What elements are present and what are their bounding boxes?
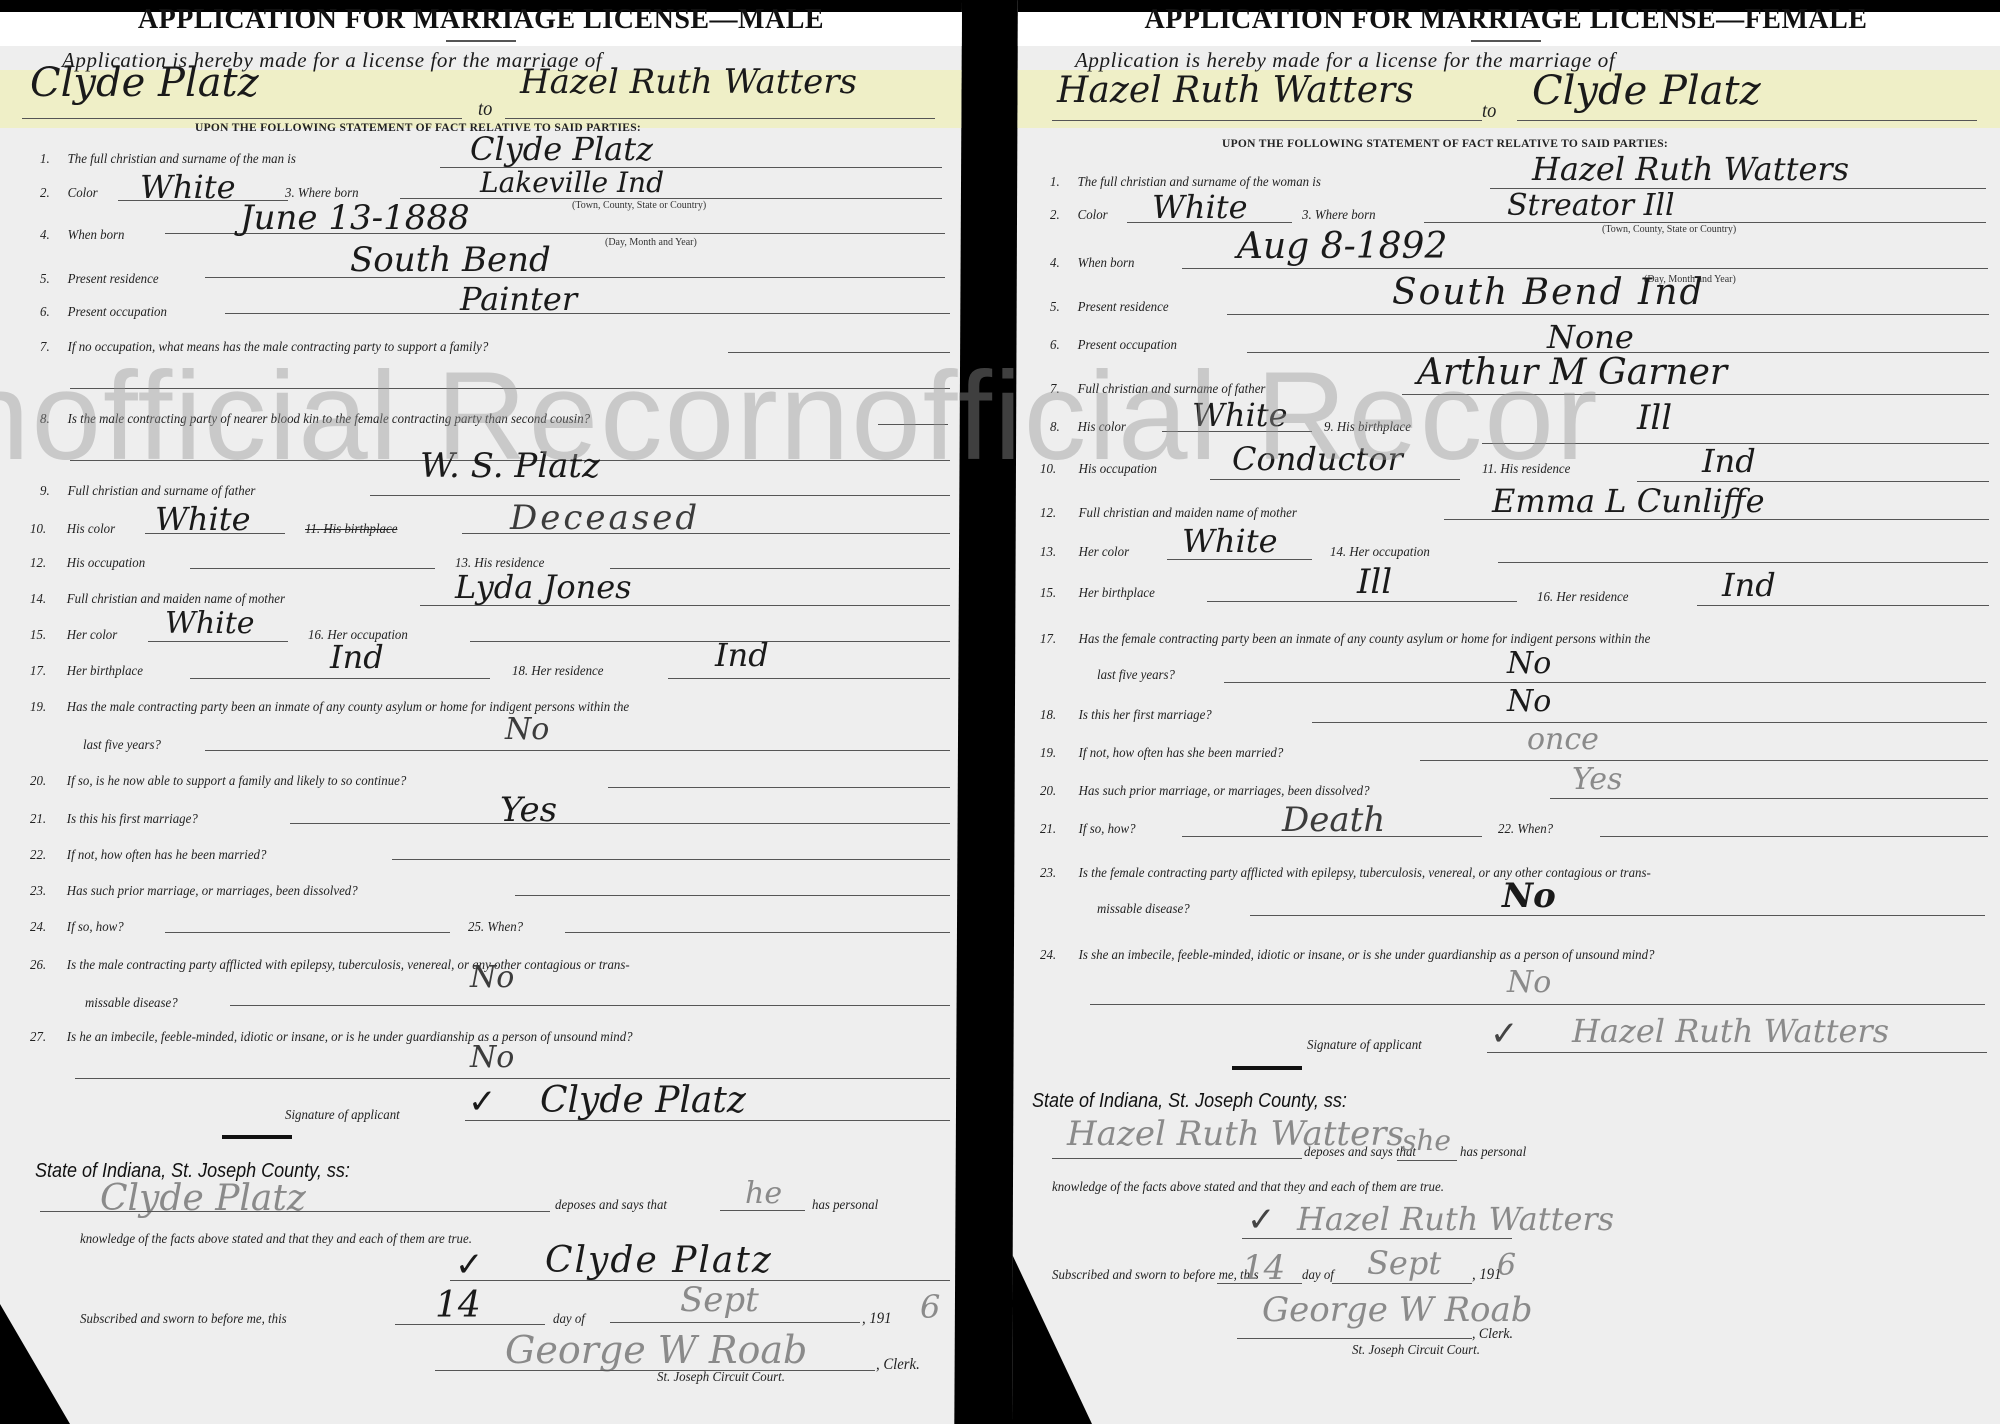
field-15-label: 15.Her color — [30, 628, 117, 644]
field-11-label: 11. His birthplace — [305, 522, 397, 538]
field-26-value: No — [470, 960, 514, 995]
title-divider — [446, 40, 516, 42]
field-1-value: Hazel Ruth Watters — [1532, 150, 1849, 188]
state-county-line: State of Indiana, St. Joseph County, ss: — [1032, 1090, 1347, 1113]
field-23-label: 23.Has such prior marriage, or marriages… — [30, 884, 358, 900]
scan-edge — [0, 1304, 70, 1424]
field-6-value: Painter — [460, 280, 577, 318]
field-4-label: 4.When born — [1050, 256, 1134, 272]
field-19-label: 19.If not, how often has she been marrie… — [1040, 746, 1283, 762]
field-19-value: No — [505, 712, 549, 747]
field-17-label-cont: last five years? — [1097, 668, 1175, 684]
header-bar: APPLICATION FOR MARRIAGE LICENSE—FEMALE — [1012, 0, 2000, 46]
field-25-label: 25. When? — [468, 920, 523, 936]
field-24-label: 24.If so, how? — [30, 920, 124, 936]
field-2-value: White — [1152, 188, 1248, 226]
header-bar: APPLICATION FOR MARRIAGE LICENSE—MALE — [0, 0, 962, 46]
deposes-text: deposes and says that — [555, 1198, 667, 1214]
field-18-label: 18. Her residence — [512, 664, 603, 680]
subscribed-text: Subscribed and sworn to before me, this — [80, 1312, 287, 1328]
field-27-label: 27.Is he an imbecile, feeble-minded, idi… — [30, 1030, 633, 1046]
field-26-label-cont: missable disease? — [85, 996, 178, 1012]
field-17-value: No — [1507, 646, 1551, 681]
form-title: APPLICATION FOR MARRIAGE LICENSE—MALE — [0, 4, 962, 36]
field-18-value: Ind — [715, 636, 769, 674]
field-22-label: 22.If not, how often has he been married… — [30, 848, 266, 864]
field-9-label: 9. His birthplace — [1324, 420, 1411, 436]
field-5-label: 5.Present residence — [1050, 300, 1169, 316]
court-name: St. Joseph Circuit Court. — [657, 1370, 785, 1386]
has-personal-text: has personal — [812, 1198, 878, 1214]
deposes-text: deposes and says that — [1304, 1145, 1416, 1161]
field-4-label: 4.When born — [40, 228, 124, 244]
field-14-value: Lyda Jones — [455, 568, 632, 606]
field-6-label: 6.Present occupation — [40, 305, 167, 321]
field-14-label: 14. Her occupation — [1330, 545, 1430, 561]
field-20-label: 20.If so, is he now able to support a fa… — [30, 774, 406, 790]
checkmark-icon: ✓ — [1490, 1014, 1519, 1054]
field-4-value: Aug 8-1892 — [1237, 226, 1447, 267]
clerk-label: , Clerk. — [876, 1356, 920, 1374]
knowledge-text: knowledge of the facts above stated and … — [1052, 1180, 1444, 1196]
field-6-label: 6.Present occupation — [1050, 338, 1177, 354]
field-10-value: Conductor — [1232, 440, 1403, 478]
to-word: to — [478, 98, 492, 121]
divider — [1232, 1066, 1302, 1070]
field-4-value: June 13-1888 — [240, 198, 470, 238]
field-8-value: White — [1192, 396, 1288, 434]
deponent-pronoun: she — [1402, 1124, 1451, 1157]
deponent-name: Clyde Platz — [100, 1178, 306, 1219]
field-8-label: 8.His color — [1050, 420, 1126, 436]
sworn-month: Sept — [1367, 1244, 1441, 1282]
female-application-page: APPLICATION FOR MARRIAGE LICENSE—FEMALE … — [1012, 0, 2000, 1424]
field-16-value: Ind — [1722, 566, 1776, 604]
field-5-value: South Bend — [350, 240, 551, 280]
applicant-name: Clyde Platz — [30, 60, 259, 106]
field-19-value: once — [1527, 722, 1599, 757]
field-13-label: 13.Her color — [1040, 545, 1129, 561]
field-10-label: 10.His occupation — [1040, 462, 1157, 478]
clerk-signature: George W Roab — [1262, 1290, 1533, 1330]
field-23-label-cont: missable disease? — [1097, 902, 1190, 918]
field-15-label: 15.Her birthplace — [1040, 586, 1155, 602]
field-7-label: 7.If no occupation, what means has the m… — [40, 340, 488, 356]
field-12-value: Emma L Cunliffe — [1492, 482, 1765, 520]
field-9-value: W. S. Platz — [420, 446, 600, 486]
field-17-value: Ind — [330, 638, 384, 676]
field-10-value: White — [155, 500, 251, 538]
applicant-name: Hazel Ruth Watters — [1057, 70, 1414, 111]
divider — [222, 1135, 292, 1139]
field-24-value: No — [1507, 965, 1551, 1000]
year-prefix: , 191 — [862, 1310, 891, 1328]
field-3-value: Streator Ill — [1507, 188, 1675, 223]
form-title: APPLICATION FOR MARRIAGE LICENSE—FEMALE — [1012, 4, 2000, 36]
field-3-value: Lakeville Ind — [480, 166, 664, 199]
date-hint: (Day, Month and Year) — [605, 237, 697, 248]
deponent-pronoun: he — [745, 1176, 782, 1211]
field-11-label: 11. His residence — [1482, 462, 1570, 478]
field-3-label: 3. Where born — [1302, 208, 1376, 224]
place-hint: (Town, County, State or Country) — [572, 200, 706, 211]
year-suffix: 6 — [1497, 1248, 1516, 1283]
field-9-value: Ill — [1637, 398, 1672, 438]
field-6-value: None — [1547, 318, 1634, 356]
sworn-signature: Hazel Ruth Watters — [1297, 1200, 1614, 1238]
to-word: to — [1482, 100, 1496, 123]
checkmark-icon: ✓ — [455, 1245, 484, 1285]
field-2-value: White — [140, 168, 236, 206]
field-11-value: Ind — [1702, 442, 1756, 480]
field-12-label: 12.Full christian and maiden name of mot… — [1040, 506, 1297, 522]
partner-name: Hazel Ruth Watters — [520, 62, 857, 102]
field-21-label: 21.If so, how? — [1040, 822, 1136, 838]
field-23-label: 23.Is the female contracting party affli… — [1040, 866, 1651, 882]
clerk-signature: George W Roab — [505, 1328, 807, 1372]
clerk-label: , Clerk. — [1472, 1326, 1513, 1343]
checkmark-icon: ✓ — [468, 1082, 497, 1122]
field-17-label: 17.Has the female contracting party been… — [1040, 632, 1650, 648]
field-21-value: Yes — [500, 790, 557, 830]
title-divider — [1471, 40, 1541, 42]
statement-header: UPON THE FOLLOWING STATEMENT OF FACT REL… — [1222, 138, 1668, 150]
field-27-value: No — [470, 1040, 514, 1075]
field-11-value: Deceased — [510, 498, 700, 538]
court-name: St. Joseph Circuit Court. — [1352, 1343, 1480, 1359]
has-personal-text: has personal — [1460, 1145, 1526, 1161]
day-of-text: day of — [1302, 1268, 1334, 1284]
sworn-signature: Clyde Platz — [545, 1240, 773, 1281]
field-5-label: 5.Present residence — [40, 272, 159, 288]
sworn-day: 14 — [1242, 1248, 1285, 1288]
field-1-value: Clyde Platz — [470, 130, 653, 168]
sworn-day: 14 — [435, 1285, 481, 1326]
partner-name: Clyde Platz — [1532, 68, 1761, 114]
field-8-label: 8.Is the male contracting party of neare… — [40, 412, 590, 428]
applicant-signature: Clyde Platz — [540, 1080, 746, 1121]
field-16-label: 16. Her residence — [1537, 590, 1628, 606]
field-22-label: 22. When? — [1498, 822, 1553, 838]
sworn-month: Sept — [680, 1280, 759, 1320]
place-hint: (Town, County, State or Country) — [1602, 224, 1736, 235]
field-20-label: 20.Has such prior marriage, or marriages… — [1040, 784, 1370, 800]
field-23-value: No — [1502, 876, 1556, 916]
field-1-label: 1.The full christian and surname of the … — [40, 152, 296, 168]
field-7-value: Arthur M Garner — [1417, 352, 1727, 393]
year-suffix: 6 — [920, 1288, 940, 1326]
field-18-label: 18.Is this her first marriage? — [1040, 708, 1212, 724]
field-20-value: Yes — [1572, 762, 1622, 797]
applicant-signature: Hazel Ruth Watters — [1572, 1012, 1889, 1050]
field-19-label-cont: last five years? — [83, 738, 161, 754]
scan-edge — [1012, 1254, 1092, 1424]
field-10-label: 10.His color — [30, 522, 115, 538]
field-9-label: 9.Full christian and surname of father — [40, 484, 255, 500]
field-18-value: No — [1507, 684, 1551, 719]
field-12-label: 12.His occupation — [30, 556, 145, 572]
field-15-value: Ill — [1357, 562, 1392, 602]
knowledge-text: knowledge of the facts above stated and … — [80, 1232, 472, 1248]
field-21-label: 21.Is this his first marriage? — [30, 812, 198, 828]
field-17-label: 17.Her birthplace — [30, 664, 143, 680]
field-13-value: White — [1182, 522, 1278, 560]
checkmark-icon: ✓ — [1247, 1200, 1276, 1240]
day-of-text: day of — [553, 1312, 585, 1328]
field-21-value: Death — [1282, 800, 1385, 840]
signature-label: Signature of applicant — [1307, 1038, 1422, 1054]
field-15-value: White — [165, 606, 255, 641]
field-26-label: 26.Is the male contracting party afflict… — [30, 958, 630, 974]
field-24-label: 24.Is she an imbecile, feeble-minded, id… — [1040, 948, 1655, 964]
field-2-label: 2.Color — [40, 186, 98, 202]
field-5-value: South Bend Ind — [1392, 272, 1705, 313]
field-2-label: 2.Color — [1050, 208, 1108, 224]
signature-label: Signature of applicant — [285, 1108, 400, 1124]
male-application-page: APPLICATION FOR MARRIAGE LICENSE—MALE Ap… — [0, 0, 962, 1424]
